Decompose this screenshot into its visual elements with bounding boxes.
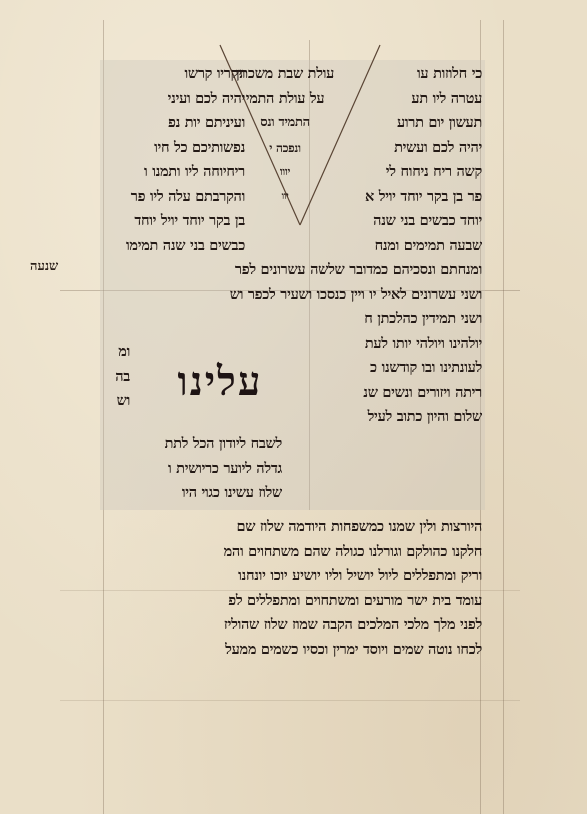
text-line: בה [100,365,130,390]
text-line: חלקנו כהולקם וגורלנו כגולה שהם משתחוים ו… [100,540,482,565]
ruling-line [503,20,504,814]
text-line: לכחו נוטה שמים ויוסד ימרין וכסיו כשמים מ… [100,638,482,663]
text-line: פר בן בקר יוחד יויל א [342,185,482,210]
text-line: ויקריו קרשו [100,62,245,87]
text-line: היורצות ולין שמנו כמשפחות היודמה שלוז שם [100,515,482,540]
text-line: ריתה ויזורים ונשים שנ [312,381,482,406]
ruling-line [60,700,520,701]
text-line: עטרה ליו תע [342,87,482,112]
margin-note: שנעה [30,258,58,274]
text-line: יוחד כבשים בני שנה [342,209,482,234]
text-line: ועיניתם יות נפ [100,111,245,136]
text-line: ריחיוחה ליו ותמנו ו [100,160,245,185]
text-line: ומ [100,340,130,365]
text-line: כי חלוזות עו [342,62,482,87]
left-column-top: ויקריו קרשו יהיה לכם ועיני ועיניתם יות נ… [100,62,245,258]
text-line: וש [100,389,130,414]
text-line: בן בקר יוחד יויל יוחד [100,209,245,234]
text-line: גדלה ליוער כריושית ו [100,457,282,482]
text-line: ושני עשרונים לאיל יו ויין כנסכו ושעיר לכ… [100,283,482,308]
decorated-initial-word: עלינו [155,352,285,412]
text-line: ומנחתם ונסכיהם כמדובר שלשה עשרונים לפר [100,258,482,283]
right-column-mid: ושני תמידין כהלכתן ח יולהינו ויולהי יותו… [312,307,482,430]
full-width-bottom: היורצות ולין שמנו כמשפחות היודמה שלוז שם… [100,515,482,662]
full-width-middle: ומנחתם ונסכיהם כמדובר שלשה עשרונים לפר ו… [100,258,482,307]
text-line: שלום והיון כתוב לעיל [312,405,482,430]
text-line: לשבח ליודון הכל לתת [100,432,282,457]
left-column-mid: לשבח ליודון הכל לתת גדלה ליוער כריושית ו… [100,432,282,506]
text-line: נפשותיכם כל חיו [100,136,245,161]
text-line: שבעה תמימים ומנח [342,234,482,259]
text-line: וריק ומתפללים ליול יושיל וליו יושיע יוכו… [100,564,482,589]
right-column-top: כי חלוזות עו עטרה ליו תע תעשון יום תרוע … [342,62,482,258]
text-line: יהיה לכם ועשית [342,136,482,161]
text-line: יולהינו ויולהי יותו לעת [312,332,482,357]
text-line: עומד בית ישר מורעים ומשתחוים ומתפללים לפ [100,589,482,614]
text-line: והקרבתם עלה ליו פר [100,185,245,210]
text-line: ושני תמידין כהלכתן ח [312,307,482,332]
text-line: קשה ריח ניחוח לי [342,160,482,185]
text-line: שלוז עשינו כגוי היו [100,481,282,506]
text-line: כבשים בני שנה תמימו [100,234,245,259]
text-line: יהיה לכם ועיני [100,87,245,112]
text-line: תעשון יום תרוע [342,111,482,136]
text-line: לעונתינו ובו קודשנו כ [312,356,482,381]
left-edge-small: ומ בה וש [100,340,130,414]
manuscript-page: שנעה כי חלוזות עו עטרה ליו תע תעשון יום … [0,0,587,814]
text-line: לפני מלך מלכי המלכים הקבה שמוז שלוז שהול… [100,613,482,638]
